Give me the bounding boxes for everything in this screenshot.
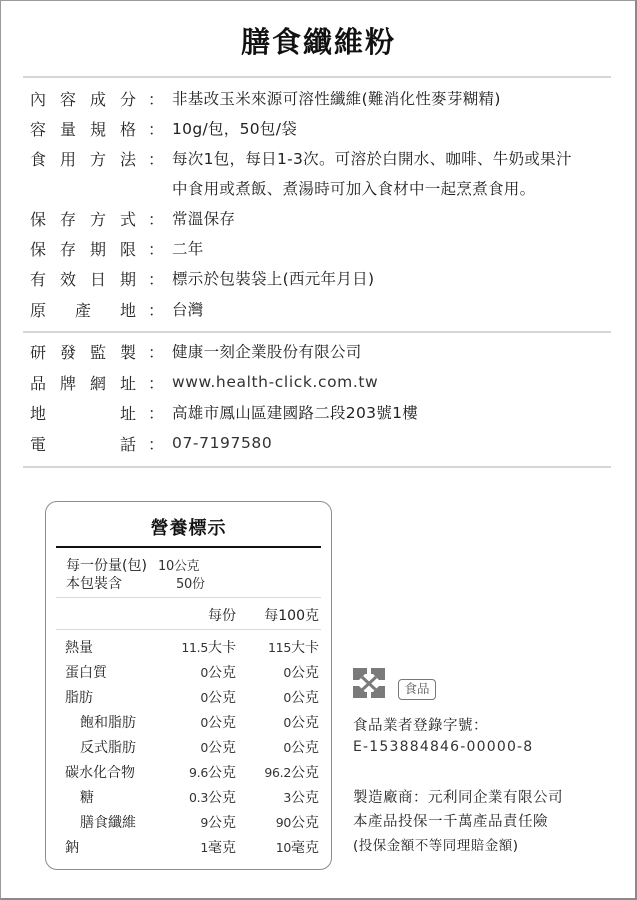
info-value-continued: 中食用或煮飯、煮湯時可加入食材中一起烹煮食用。 (172, 177, 535, 199)
value-unit: 公克 (208, 790, 236, 806)
thin-divider (56, 597, 321, 598)
info-row-ingredients: 內 容 成 分 ： 非基改玉米來源可溶性纖維(難消化性麥芽糊精) (30, 86, 501, 110)
label-char: 有 (30, 267, 46, 290)
label-char: 日 (90, 267, 106, 290)
nutrient-name: 反式脂肪 (80, 737, 136, 757)
nutrient-name: 熱量 (65, 637, 93, 657)
label-char: 地 (120, 298, 136, 321)
servings-value: 50份 (176, 573, 205, 592)
nutrition-row-fat: 脂肪 0公克 0公克 (46, 687, 331, 709)
colon: ： (136, 267, 172, 290)
per-100g-value: 3公克 (283, 787, 319, 807)
value-unit: 大卡 (291, 640, 319, 656)
per-serving-value: 9.6公克 (189, 762, 236, 782)
per-serving-value: 0公克 (200, 737, 236, 757)
nutrient-name: 蛋白質 (65, 662, 107, 682)
value-unit: 公克 (291, 765, 319, 781)
recycle-icon (351, 665, 387, 701)
label-char: 分 (120, 87, 136, 110)
value-number: 0 (283, 665, 291, 680)
info-value: 高雄市鳳山區建國路二段203號1樓 (172, 401, 418, 423)
value-number: 10 (276, 840, 291, 855)
label-char: 法 (120, 147, 136, 170)
nutrient-name: 碳水化合物 (65, 762, 135, 782)
info-row-storage: 保 存 方 式 ： 常溫保存 (30, 206, 235, 230)
info-label: 食 用 方 法 (30, 147, 136, 170)
info-row-developer: 研 發 監 製 ： 健康一刻企業股份有限公司 (30, 339, 362, 363)
per-100g-value: 10毫克 (276, 837, 319, 857)
info-label: 內 容 成 分 (30, 87, 136, 110)
column-header-per-100g: 每100克 (264, 605, 319, 625)
colon: ： (136, 401, 172, 424)
label-char: 牌 (60, 371, 76, 394)
info-value: 二年 (172, 237, 204, 259)
value-unit: 公克 (291, 665, 319, 681)
page-title: 膳食纖維粉 (0, 20, 637, 61)
info-label: 電 話 (30, 432, 136, 455)
divider (23, 466, 611, 468)
value-number: 9 (200, 815, 208, 830)
label-char: 存 (60, 207, 76, 230)
info-label: 研 發 監 製 (30, 340, 136, 363)
nutrition-title: 營養標示 (46, 514, 331, 540)
nutrition-row-protein: 蛋白質 0公克 0公克 (46, 662, 331, 684)
nutrition-row-sugar: 糖 0.3公克 3公克 (46, 787, 331, 809)
value-number: 0.3 (189, 790, 208, 805)
value-number: 0 (283, 740, 291, 755)
value-unit: 毫克 (208, 840, 236, 856)
serving-size-label: 每一份量(包) (66, 558, 147, 574)
serving-size-value: 10公克 (158, 555, 199, 574)
divider (23, 331, 611, 333)
info-row-website: 品 牌 網 址 ： www.health-click.com.tw (30, 370, 378, 394)
nutrition-row-carbohydrate: 碳水化合物 9.6公克 96.2公克 (46, 762, 331, 784)
value-unit: 公克 (208, 765, 236, 781)
label-char: 保 (30, 237, 46, 260)
per-100g-value: 0公克 (283, 712, 319, 732)
info-row-usage: 食 用 方 法 ： 每次1包，每日1-3次。可溶於白開水、咖啡、牛奶或果汁 (30, 146, 572, 170)
label-char: 式 (120, 207, 136, 230)
value-number: 3 (283, 790, 291, 805)
nutrient-name: 脂肪 (65, 687, 93, 707)
value-number: 96.2 (264, 765, 291, 780)
label-char: 食 (30, 147, 46, 170)
info-label: 保 存 方 式 (30, 207, 136, 230)
label-char: 內 (30, 87, 46, 110)
label-char: 話 (120, 432, 136, 455)
label-char: 址 (120, 401, 136, 424)
column-header-per-serving: 每份 (208, 605, 236, 625)
label-char: 產 (75, 298, 91, 321)
label-char: 期 (120, 267, 136, 290)
info-value: 台灣 (172, 298, 204, 320)
nutrition-row-sodium: 鈉 1毫克 10毫克 (46, 837, 331, 859)
info-row-spec: 容 量 規 格 ： 10g/包，50包/袋 (30, 116, 297, 140)
label-char: 發 (60, 340, 76, 363)
info-value: 每次1包，每日1-3次。可溶於白開水、咖啡、牛奶或果汁 (172, 147, 572, 169)
info-value: 10g/包，50包/袋 (172, 117, 297, 139)
label-char: 期 (90, 237, 106, 260)
per-100g-value: 0公克 (283, 687, 319, 707)
per-serving-value: 1毫克 (200, 837, 236, 857)
info-label: 地 址 (30, 401, 136, 424)
per-serving-value: 0.3公克 (189, 787, 236, 807)
label-char: 存 (60, 237, 76, 260)
info-row-phone: 電 話 ： 07-7197580 (30, 431, 272, 455)
value-unit: 公克 (291, 715, 319, 731)
thin-divider (56, 629, 321, 630)
value-number: 0 (200, 665, 208, 680)
value-number: 9.6 (189, 765, 208, 780)
value-unit: 公克 (208, 665, 236, 681)
colon: ： (136, 87, 172, 110)
value-number: 1 (200, 840, 208, 855)
insurance-note: (投保金額不等同理賠金額) (353, 834, 519, 854)
registration-number: E-153884846-00000-8 (353, 739, 533, 755)
label-char: 用 (60, 147, 76, 170)
label-char: 網 (90, 371, 106, 394)
info-label: 保 存 期 限 (30, 237, 136, 260)
colon: ： (136, 371, 172, 394)
divider (23, 76, 611, 78)
per-100g-value: 115大卡 (268, 637, 319, 657)
label-char: 保 (30, 207, 46, 230)
value-number: 0 (283, 690, 291, 705)
value-number: 0 (283, 715, 291, 730)
per-serving-value: 11.5大卡 (181, 637, 236, 657)
label-char: 成 (90, 87, 106, 110)
value-unit: 毫克 (291, 840, 319, 856)
label-char: 製 (120, 340, 136, 363)
info-row-expiry: 有 效 日 期 ： 標示於包裝袋上(西元年月日) (30, 266, 374, 290)
colon: ： (136, 432, 172, 455)
value-unit: 公克 (208, 740, 236, 756)
colon: ： (136, 117, 172, 140)
value-number: 115 (268, 640, 291, 655)
thick-divider (56, 546, 321, 548)
colon: ： (136, 340, 172, 363)
nutrient-name: 膳食纖維 (80, 812, 136, 832)
info-row-usage-cont: 中食用或煮飯、煮湯時可加入食材中一起烹煮食用。 (172, 176, 535, 200)
info-value: 非基改玉米來源可溶性纖維(難消化性麥芽糊精) (172, 87, 501, 109)
label-char: 規 (90, 117, 106, 140)
nutrient-name: 糖 (80, 787, 94, 807)
insurance-statement: 本產品投保一千萬產品責任險 (353, 810, 548, 831)
label-char: 監 (90, 340, 106, 363)
colon: ： (136, 298, 172, 321)
servings-per-package-row: 本包裝含 50份 (66, 573, 122, 593)
value-unit: 公克 (291, 690, 319, 706)
servings-label: 本包裝含 (66, 576, 122, 592)
info-label: 原 產 地 (30, 298, 136, 321)
label-char: 品 (30, 371, 46, 394)
nutrition-row-trans-fat: 反式脂肪 0公克 0公克 (46, 737, 331, 759)
value-number: 0 (200, 715, 208, 730)
colon: ： (136, 237, 172, 260)
value-number: 0 (200, 690, 208, 705)
value-unit: 公克 (208, 715, 236, 731)
per-serving-value: 0公克 (200, 712, 236, 732)
colon: ： (136, 207, 172, 230)
colon: ： (136, 147, 172, 170)
value-number: 11.5 (181, 640, 208, 655)
per-serving-value: 9公克 (200, 812, 236, 832)
label-char: 量 (60, 117, 76, 140)
per-100g-value: 0公克 (283, 737, 319, 757)
value-unit: 公克 (208, 815, 236, 831)
label-char: 限 (120, 237, 136, 260)
label-char: 方 (90, 207, 106, 230)
label-char: 容 (30, 117, 46, 140)
label-char: 格 (120, 117, 136, 140)
per-serving-value: 0公克 (200, 662, 236, 682)
nutrition-row-saturated-fat: 飽和脂肪 0公克 0公克 (46, 712, 331, 734)
per-100g-value: 90公克 (276, 812, 319, 832)
label-char: 容 (60, 87, 76, 110)
label-char: 效 (60, 267, 76, 290)
label-char: 研 (30, 340, 46, 363)
nutrition-facts-box: 營養標示 每一份量(包) 10公克 本包裝含 50份 每份 每100克 熱量 1… (45, 501, 332, 870)
phone-number: 07-7197580 (172, 434, 272, 452)
nutrition-row-dietary-fiber: 膳食纖維 9公克 90公克 (46, 812, 331, 834)
value-number: 90 (276, 815, 291, 830)
info-value: 常溫保存 (172, 207, 235, 229)
registration-label: 食品業者登錄字號： (353, 714, 488, 735)
value-unit: 公克 (291, 815, 319, 831)
nutrition-row-calories: 熱量 11.5大卡 115大卡 (46, 637, 331, 659)
label-char: 方 (90, 147, 106, 170)
value-unit: 大卡 (208, 640, 236, 656)
info-row-origin: 原 產 地 ： 台灣 (30, 297, 204, 321)
info-label: 品 牌 網 址 (30, 371, 136, 394)
info-row-shelf-life: 保 存 期 限 ： 二年 (30, 236, 204, 260)
manufacturer: 製造廠商：元利同企業有限公司 (353, 786, 563, 807)
value-unit: 公克 (291, 790, 319, 806)
nutrient-name: 飽和脂肪 (80, 712, 136, 732)
food-badge: 食品 (398, 679, 436, 700)
info-value: 健康一刻企業股份有限公司 (172, 340, 362, 362)
website-link[interactable]: www.health-click.com.tw (172, 373, 378, 391)
serving-size-row: 每一份量(包) 10公克 (66, 555, 147, 575)
label-char: 原 (30, 298, 46, 321)
value-unit: 公克 (291, 740, 319, 756)
nutrient-name: 鈉 (65, 837, 79, 857)
label-char: 地 (30, 401, 46, 424)
value-unit: 公克 (208, 690, 236, 706)
per-100g-value: 0公克 (283, 662, 319, 682)
info-label: 容 量 規 格 (30, 117, 136, 140)
info-row-address: 地 址 ： 高雄市鳳山區建國路二段203號1樓 (30, 400, 418, 424)
value-number: 0 (200, 740, 208, 755)
info-value: 標示於包裝袋上(西元年月日) (172, 267, 374, 289)
info-label: 有 效 日 期 (30, 267, 136, 290)
label-char: 電 (30, 432, 46, 455)
label-char: 址 (120, 371, 136, 394)
per-100g-value: 96.2公克 (264, 762, 319, 782)
per-serving-value: 0公克 (200, 687, 236, 707)
